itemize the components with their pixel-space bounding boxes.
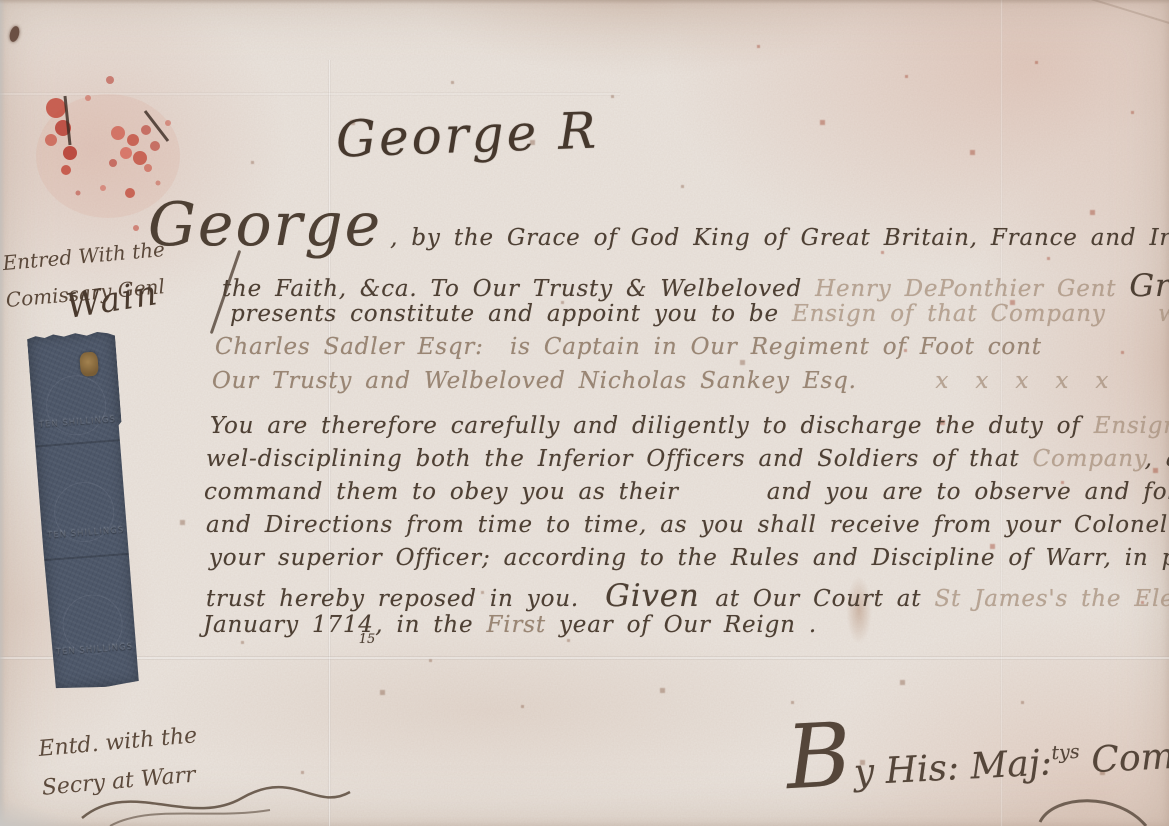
stamp-crest xyxy=(79,352,99,377)
text-segment: , in the xyxy=(375,612,486,638)
signature-flourish-partial xyxy=(1018,796,1168,826)
text-segment: at Our Court at xyxy=(715,586,934,612)
text-segment: Given xyxy=(605,578,715,614)
royal-signature: George R xyxy=(335,101,600,168)
body-line: Our Trusty and Welbeloved Nicholas Sanke… xyxy=(212,368,1109,394)
flourished-initial: B xyxy=(784,703,856,809)
text-segment: January 1714 xyxy=(203,612,374,638)
text-segment: You are therefore carefully and diligent… xyxy=(210,413,1094,439)
authority-line: By His: Maj:tys Com xyxy=(784,686,1169,809)
fold-crease-horizontal xyxy=(0,656,1169,660)
stamp-embossed-text: TEN SHILLINGS xyxy=(56,642,134,658)
text-segment: the Faith, &ca. To Our Trusty & Welbelov… xyxy=(222,276,815,302)
text-segment: and Directions from time to time, as you… xyxy=(206,512,1169,538)
parchment-hole xyxy=(8,25,21,43)
text-segment: and you are to observe and follow xyxy=(767,479,1169,505)
text-segment: trust hereby reposed in you. xyxy=(206,586,605,612)
text-segment: presents constitute and appoint you to b… xyxy=(230,301,792,327)
scan-edge xyxy=(0,0,1169,4)
faded-text-segment: Ensign of that Company wh xyxy=(792,301,1169,327)
text-segment: your superior Officer; according to the … xyxy=(209,545,1169,571)
body-line: Charles Sadler Esqr: is Captain in Our R… xyxy=(215,334,1042,360)
body-line: presents constitute and appoint you to b… xyxy=(230,301,1169,327)
year-fraction: 15 xyxy=(359,632,376,647)
body-line: trust hereby reposed in you. Given at Ou… xyxy=(206,578,1169,614)
superscript-segment: tys xyxy=(1051,741,1080,764)
body-line: command them to obey you as theirand you… xyxy=(204,479,1169,505)
parchment-document: TEN SHILLINGS TEN SHILLINGS TEN SHILLING… xyxy=(0,0,1169,826)
text-segment: Greeting: xyxy=(1129,268,1169,304)
stamp-seam xyxy=(35,439,123,448)
text-segment: wel-disciplining both the Inferior Offic… xyxy=(206,446,1033,472)
text-segment: Our Trusty and Welbeloved Nicholas Sanke… xyxy=(212,368,857,394)
foxing-speckles xyxy=(0,0,1,1)
signature-flourish xyxy=(70,786,360,826)
text-segment: Charles Sadler Esqr: is Captain in Our R… xyxy=(215,334,1042,360)
scan-edge xyxy=(0,0,5,826)
fold-crease-vertical xyxy=(328,60,331,826)
body-line: You are therefore carefully and diligent… xyxy=(210,413,1169,439)
body-line: the Faith, &ca. To Our Trusty & Welbelov… xyxy=(222,268,1169,304)
faded-text-segment: St James's the Elev xyxy=(934,586,1169,612)
revenue-stamp-strip: TEN SHILLINGS TEN SHILLINGS TEN SHILLING… xyxy=(27,329,141,691)
text-segment: y His: Maj: xyxy=(853,742,1053,793)
faded-text-segment: x x x x x xyxy=(857,368,1109,394)
text-segment: First xyxy=(487,612,546,638)
text-segment: , by the Grace of God King of Great Brit… xyxy=(390,225,1169,251)
text-segment: command them to obey you as their xyxy=(204,479,679,505)
body-line: wel-disciplining both the Inferior Offic… xyxy=(206,446,1169,472)
faded-text-segment: Henry DePonthier Gent xyxy=(815,276,1129,302)
body-line: January 171415, in the First year of Our… xyxy=(203,612,817,647)
text-segment: , and We do xyxy=(1145,446,1169,472)
text-segment: Com xyxy=(1079,736,1169,782)
text-segment: George xyxy=(148,190,390,260)
body-line: and Directions from time to time, as you… xyxy=(206,512,1169,538)
faded-text-segment: Ensign ~ xyxy=(1094,413,1169,439)
stamp-seam xyxy=(44,553,132,562)
text-segment: year of Our Reign . xyxy=(546,612,817,638)
body-line: George, by the Grace of God King of Grea… xyxy=(148,190,1169,260)
body-line: your superior Officer; according to the … xyxy=(209,545,1169,571)
fold-crease-diagonal xyxy=(1016,0,1169,39)
faded-text-segment: Company xyxy=(1033,446,1145,472)
